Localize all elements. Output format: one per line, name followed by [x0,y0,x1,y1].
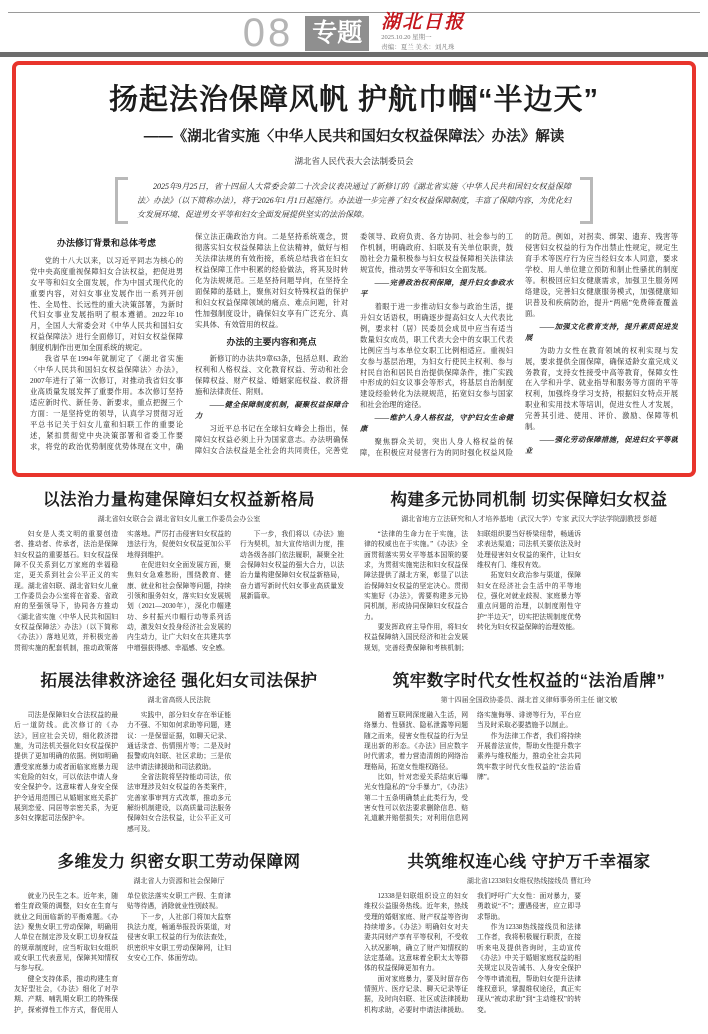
sub-heading: ——完善政治权利保障，提升妇女参政水平 [360,278,513,300]
sub-heading: ——健全保障制度机制，凝聚权益保障合力 [195,400,348,422]
body-paragraph: 新修订的办法共9章63条，包括总则、政治权利和人格权益、文化教育权益、劳动和社会… [195,354,348,398]
header-divider-bar [0,52,708,57]
sub-article: 共筑维权连心线 守护万千幸福家 湖北省12338妇女维权热线接线员 曹红玲 12… [364,848,694,1018]
body-paragraph: 下一步，我们将以《办法》施行为契机，加大宣传培训力度，推动各级各部门依法履职，凝… [240,530,344,602]
sub-article-body: “法律的生命力在于实施，法律的权威也在于实施。”《办法》全面贯彻落实男女平等基本… [364,530,694,656]
top-rule [8,12,700,13]
lead-intro: 2025年9月25日，省十四届人大常委会第二十次会议表决通过了新修订的《湖北省实… [115,177,593,224]
lead-intro-text: 2025年9月25日，省十四届人大常委会第二十次会议表决通过了新修订的《湖北省实… [137,177,571,224]
body-paragraph: 随着互联网深度融入生活，网络暴力、性骚扰、隐私泄露等问题随之而来，侵害女性权益的… [364,711,468,773]
lead-subheadline: ——《湖北省实施〈中华人民共和国妇女权益保障法〉办法》解读 [30,125,678,146]
right-bracket-decoration [580,177,593,224]
lead-headline: 扬起法治保障风帆 护航巾帼“半边天” [30,77,678,118]
sub-article: 以法治力量构建保障妇女权益新格局 湖北省妇女联合会 湖北省妇女儿童工作委员会办公… [14,486,344,656]
sub-article: 拓展法律救济途径 强化妇女司法保护 湖北省高级人民法院 司法是保障妇女合法权益的… [14,667,344,837]
sub-article-headline: 筑牢数字时代女性权益的“法治盾牌” [364,667,694,691]
sub-article-byline: 第十四届全国政协委员、湖北首义律师事务所主任 谢文敏 [364,695,694,705]
body-paragraph: “法律的生命力在于实施，法律的权威也在于实施。”《办法》全面贯彻落实男女平等基本… [364,530,468,623]
body-paragraph: 司法是保障妇女合法权益的最后一道防线。此次修订的《办法》，回应社会关切，细化救济… [14,711,118,825]
sub-article-headline: 以法治力量构建保障妇女权益新格局 [14,486,344,510]
body-paragraph: 就业乃民生之本。近年来，随着生育政策的调整，妇女在生育与就业之间面临新的平衡难题… [14,892,118,975]
sub-heading: ——强化劳动保障措施，促进妇女平等就业 [525,435,678,457]
sub-article-byline: 湖北省12338妇女维权热线接线员 曹红玲 [364,876,694,886]
section-heading: 办法的主要内容和亮点 [195,336,348,350]
sub-article-body: 12338是妇联组织设立的妇女维权公益服务热线。近年来，热线受理的婚姻家庭、财产… [364,892,694,1018]
masthead-block: 湖北日报 2025.10.20 星期一 责编：夏兰 美术：刘凡珠 [381,13,465,52]
sub-article-headline: 多维发力 织密女职工劳动保障网 [14,848,344,872]
sub-article-headline: 拓展法律救济途径 强化妇女司法保护 [14,667,344,691]
sub-article-grid: 以法治力量构建保障妇女权益新格局 湖北省妇女联合会 湖北省妇女儿童工作委员会办公… [14,486,694,1018]
section-heading: 办法修订背景和总体考虑 [30,237,183,251]
sub-article-body: 随着互联网深度融入生活，网络暴力、性骚扰、隐私泄露等问题随之而来，侵害女性权益的… [364,711,694,837]
lead-article-body: 办法修订背景和总体考虑党的十八大以来，以习近平同志为核心的党中央高度重视保障妇女… [30,232,678,461]
body-paragraph: 下一步，人社部门将加大监察执法力度，畅通举报投诉渠道，对侵害女职工权益的行为依法… [127,913,231,965]
newspaper-page: 08 专题 湖北日报 2025.10.20 星期一 责编：夏兰 美术：刘凡珠 扬… [0,0,708,1034]
sub-article: 筑牢数字时代女性权益的“法治盾牌” 第十四届全国政协委员、湖北首义律师事务所主任… [364,667,694,837]
page-number: 08 [243,15,294,51]
body-paragraph: 着眼于进一步推动妇女参与政治生活，提升妇女话语权，明确逐步提高妇女人大代表比例，… [360,302,513,411]
sub-article-byline: 湖北省高级人民法院 [14,695,344,705]
body-paragraph: 12338是妇联组织设立的妇女维权公益服务热线。近年来，热线受理的婚姻家庭、财产… [364,892,468,975]
section-label: 专题 [305,16,369,51]
body-paragraph: 拓宽妇女政治参与渠道，保障妇女在经济社会生活中的平等地位，强化对就业歧视、家庭暴… [477,571,581,633]
sub-article-byline: 湖北省人力资源和社会保障厅 [14,876,344,886]
body-paragraph: 在促进妇女全面发展方面，聚焦妇女急难愁盼，围绕教育、健康、就业和社会保障等问题，… [127,561,231,654]
sub-article-body: 妇女是人类文明的重要创造者、推动者、传承者，法治是保障妇女权益的重要基石。妇女权… [14,530,344,656]
sub-article-headline: 共筑维权连心线 守护万千幸福家 [364,848,694,872]
left-bracket-decoration [115,177,128,224]
sub-article-headline: 构建多元协同机制 切实保障妇女权益 [364,486,694,510]
masthead-logo: 湖北日报 [381,13,465,33]
sub-article-byline: 湖北省地方立法研究和人才培养基地（武汉大学）专家 武汉大学法学院副教授 彭超 [364,514,694,524]
sub-heading: ——维护人身人格权益，守护妇女生命健康 [360,413,513,435]
body-paragraph: 作为12338热线接线员和法律工作者，我将积极履行职责，在接听来电及提供咨询时，… [477,923,581,1016]
body-paragraph: 实践中，部分妇女存在举证能力不强、不知如何求助等问题，建议：一是保留证据，如聊天… [127,711,231,773]
sub-article: 多维发力 织密女职工劳动保障网 湖北省人力资源和社会保障厅 就业乃民生之本。近年… [14,848,344,1018]
body-paragraph: 党的十八大以来，以习近平同志为核心的党中央高度重视保障妇女合法权益，把促进男女平… [30,256,183,354]
sub-article-byline: 湖北省妇女联合会 湖北省妇女儿童工作委员会办公室 [14,514,344,524]
lead-article: 扬起法治保障风帆 护航巾帼“半边天” ——《湖北省实施〈中华人民共和国妇女权益保… [12,61,696,477]
sub-article: 构建多元协同机制 切实保障妇女权益 湖北省地方立法研究和人才培养基地（武汉大学）… [364,486,694,656]
lead-byline: 湖北省人民代表大会法制委员会 [30,155,678,167]
page-header: 08 专题 湖北日报 2025.10.20 星期一 责编：夏兰 美术：刘凡珠 [0,15,708,51]
sub-article-body: 就业乃民生之本。近年来，随着生育政策的调整，妇女在生育与就业之间面临新的平衡难题… [14,892,344,1018]
body-paragraph: 全省法院将坚持能动司法，依法审理涉及妇女权益的各类案件，完善家事审判方式改革，推… [127,773,231,835]
sub-heading: ——加强文化教育支持，提升素质促进发展 [525,322,678,344]
body-paragraph: 作为法律工作者，我们将持续开展普法宣传，帮助女性提升数字素养与维权能力，推动全社… [477,732,581,784]
body-paragraph: 为助力女性在教育领域的权利实现与发展，要求提供全面保障，确保适龄女童完成义务教育… [525,346,678,434]
date-line: 2025.10.20 星期一 [381,34,465,43]
sub-article-body: 司法是保障妇女合法权益的最后一道防线。此次修订的《办法》，回应社会关切，细化救济… [14,711,344,837]
